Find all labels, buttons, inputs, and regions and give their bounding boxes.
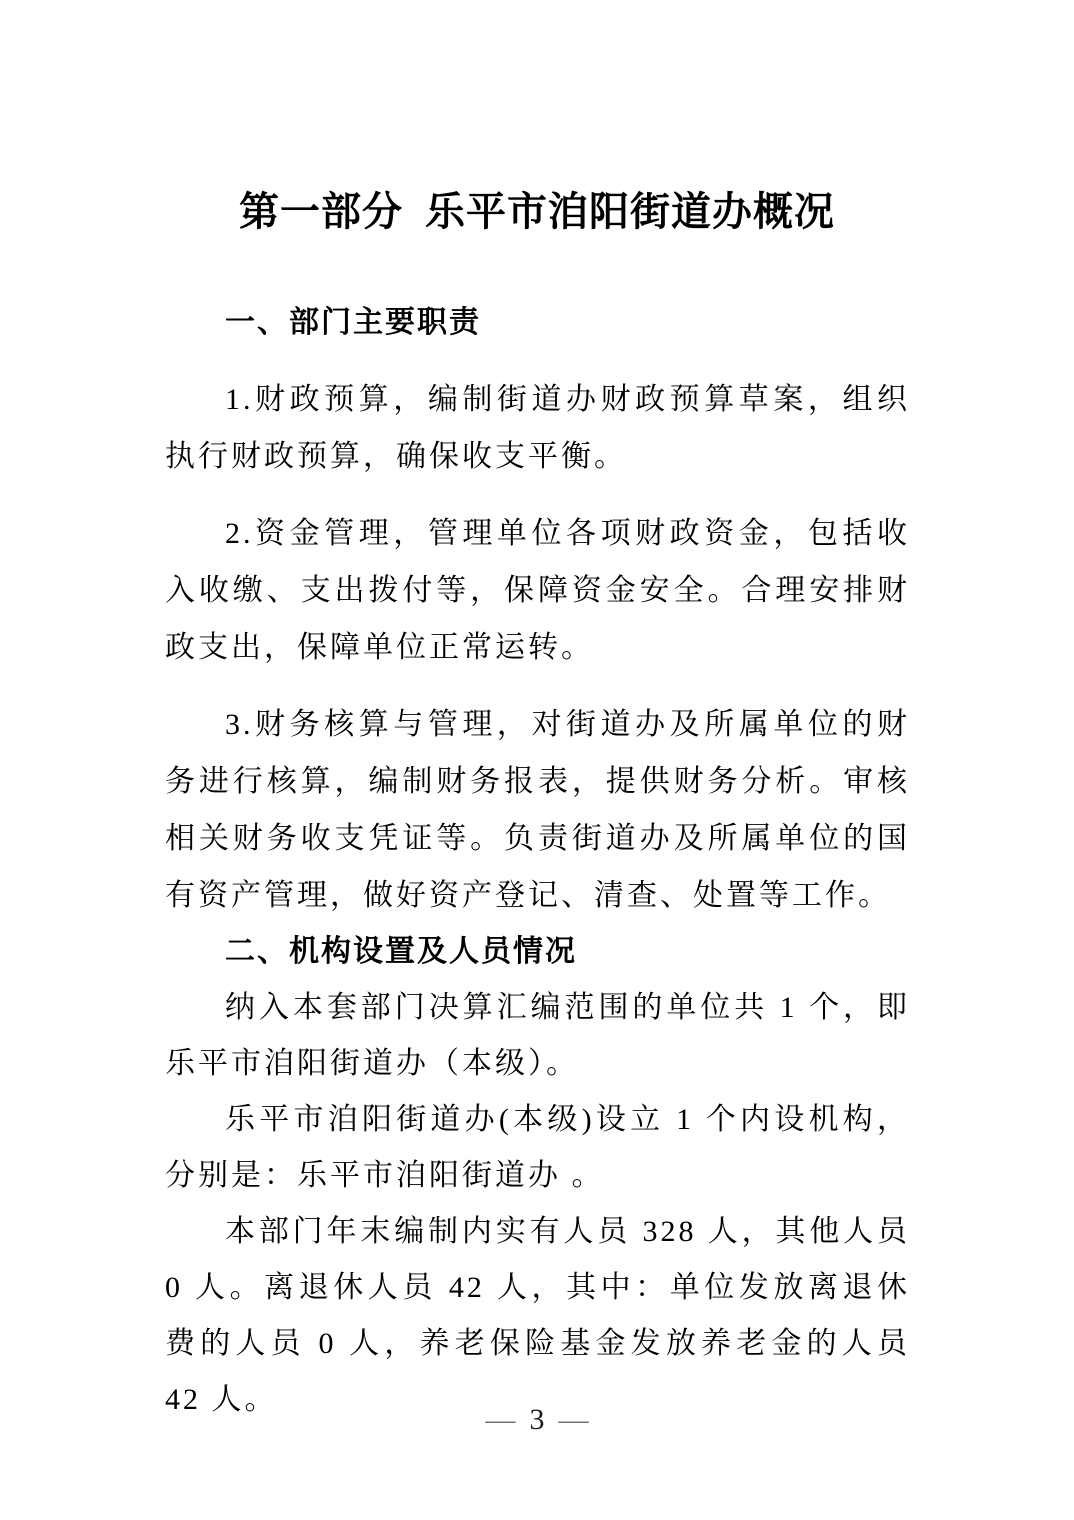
paragraph: 乐平市洎阳街道办(本级)设立 1 个内设机构，分别是：乐平市洎阳街道办 。 [165,1092,910,1204]
page-number: 3 [530,1403,545,1436]
paragraph: 纳入本套部门决算汇编范围的单位共 1 个，即乐平市洎阳街道办（本级）。 [165,980,910,1092]
section-main-duties: 一、部门主要职责 1.财政预算，编制街道办财政预算草案，组织执行财政预算，确保收… [165,294,910,924]
paragraph: 3.财务核算与管理，对街道办及所属单位的财务进行核算，编制财务报表，提供财务分析… [165,696,910,924]
footer-left-dash: — [486,1403,516,1436]
page-title: 第一部分 乐平市洎阳街道办概况 [0,186,1074,238]
section-heading-2: 二、机构设置及人员情况 [165,924,910,980]
paragraph: 本部门年末编制内实有人员 328 人，其他人员 0 人。离退休人员 42 人，其… [165,1204,910,1428]
paragraph: 1.财政预算，编制街道办财政预算草案，组织执行财政预算，确保收支平衡。 [165,371,910,485]
document-page: 第一部分 乐平市洎阳街道办概况 一、部门主要职责 1.财政预算，编制街道办财政预… [0,0,1074,1520]
footer-right-dash: — [559,1403,589,1436]
section-org-personnel: 二、机构设置及人员情况 纳入本套部门决算汇编范围的单位共 1 个，即乐平市洎阳街… [165,924,910,1428]
page-content: 一、部门主要职责 1.财政预算，编制街道办财政预算草案，组织执行财政预算，确保收… [165,294,910,1428]
paragraph: 2.资金管理，管理单位各项财政资金，包括收入收缴、支出拨付等，保障资金安全。合理… [165,505,910,676]
page-footer: —3— [0,1402,1074,1438]
section-heading-1: 一、部门主要职责 [165,294,910,351]
